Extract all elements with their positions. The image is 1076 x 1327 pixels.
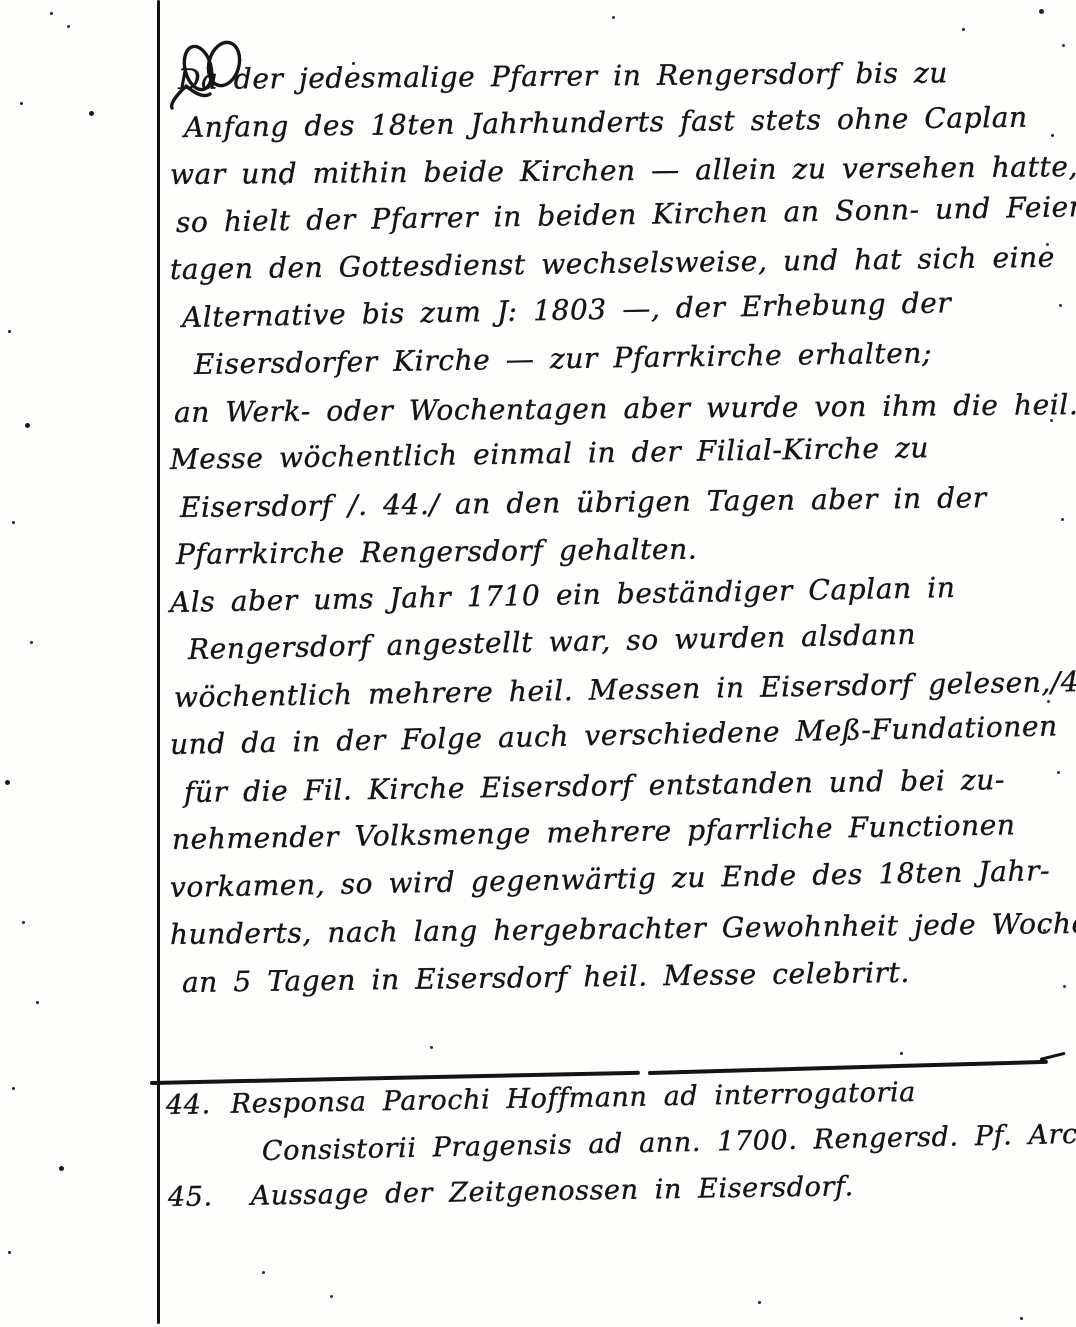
footnote-separator-tail [1040,1052,1066,1061]
manuscript-page: Da der jedesmalige Pfarrer in Rengersdor… [0,0,1076,1327]
initial-flourish-icon [170,38,254,110]
footnote-44-text-1: Responsa Parochi Hoffmann ad interrogato… [230,1077,916,1120]
scan-noise-specks [0,0,3,3]
footnote-44-number: 44. [166,1089,211,1121]
manuscript-line: Anfang des 18ten Jahrhunderts fast stets… [184,93,1069,151]
footnote-44-line-1: 44.Responsa Parochi Hoffmann ad interrog… [166,1077,916,1121]
footnote-separator-right [648,1060,1048,1075]
manuscript-body: Da der jedesmalige Pfarrer in Rengersdor… [168,56,1068,1006]
footnote-45-number: 45. [168,1181,213,1213]
footnote-45-text-1: Aussage der Zeitgenossen in Eisersdorf. [250,1171,854,1211]
footnote-45-line-1: 45.Aussage der Zeitgenossen in Eisersdor… [168,1171,854,1213]
margin-rule [157,0,160,1324]
footnote-44-line-2: Consistorii Pragensis ad ann. 1700. Reng… [262,1118,1076,1167]
